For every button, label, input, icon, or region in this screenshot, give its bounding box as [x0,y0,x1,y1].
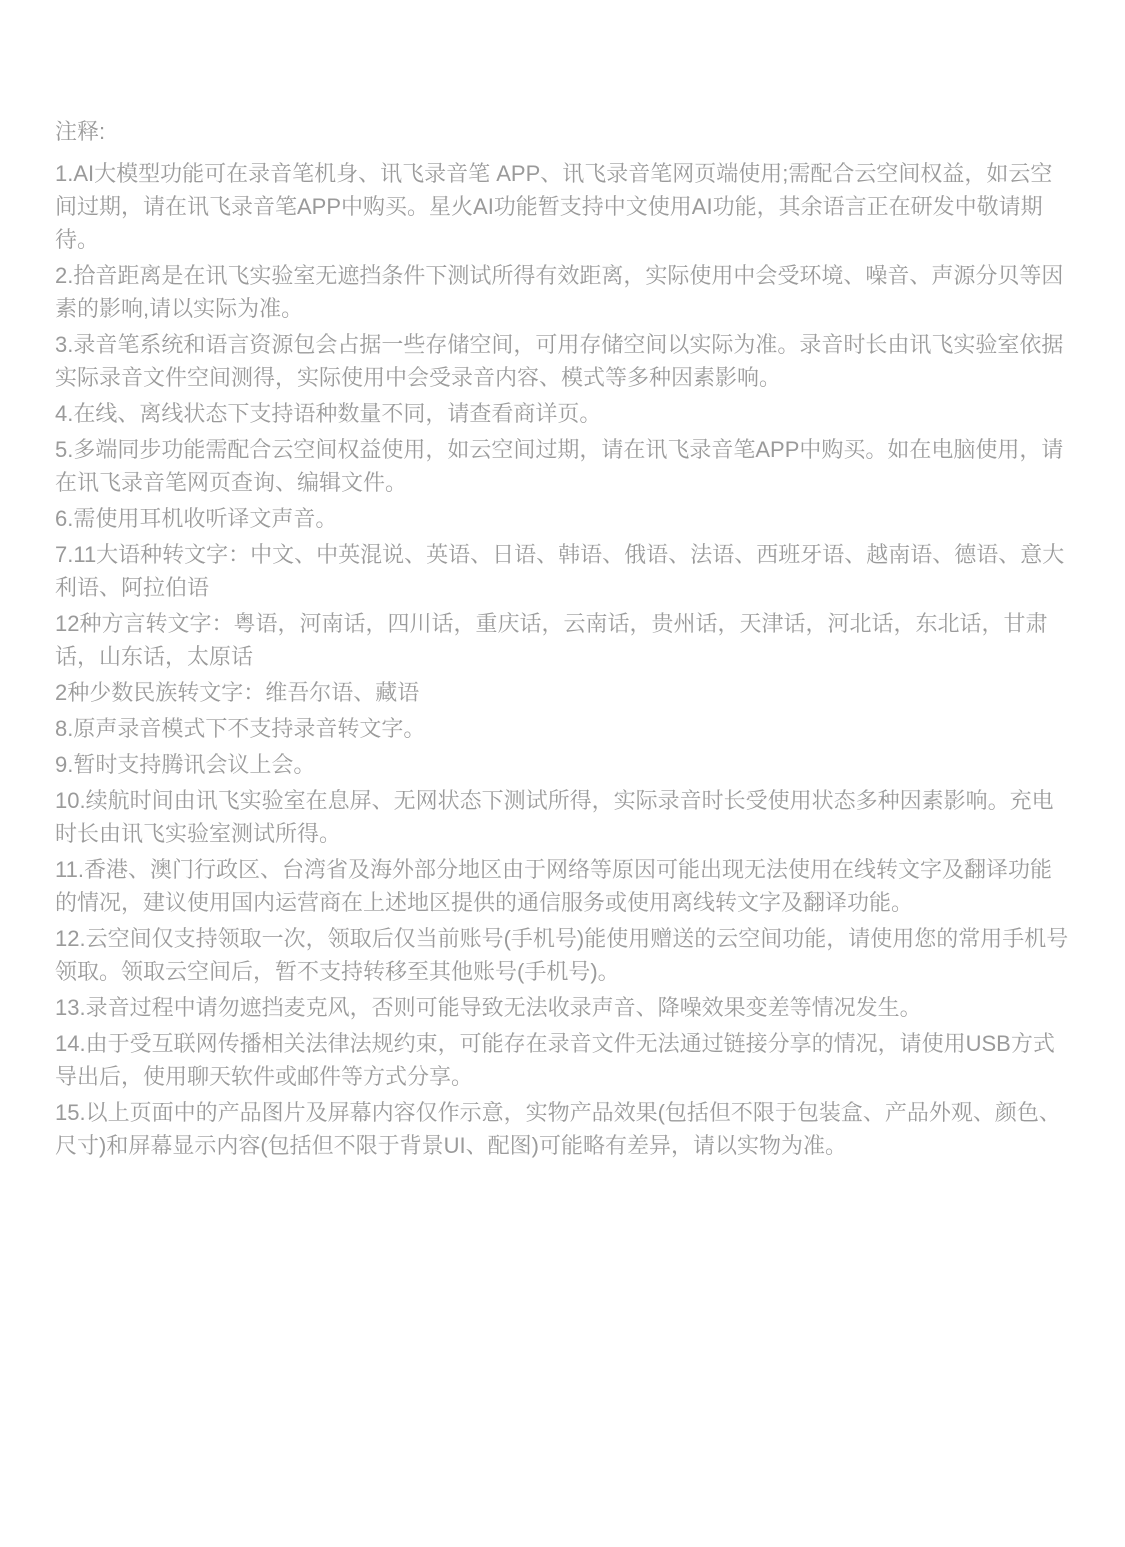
note-paragraph: 12.云空间仅支持领取一次，领取后仅当前账号(手机号)能使用赠送的云空间功能，请… [55,922,1070,988]
note-paragraph: 14.由于受互联网传播相关法律法规约束，可能存在录音文件无法通过链接分享的情况，… [55,1027,1070,1093]
note-paragraph: 11.香港、澳门行政区、台湾省及海外部分地区由于网络等原因可能出现无法使用在线转… [55,853,1070,919]
note-paragraph: 9.暂时支持腾讯会议上会。 [55,748,1070,781]
note-paragraph: 10.续航时间由讯飞实验室在息屏、无网状态下测试所得，实际录音时长受使用状态多种… [55,784,1070,850]
note-paragraph: 13.录音过程中请勿遮挡麦克风，否则可能导致无法收录声音、降噪效果变差等情况发生… [55,991,1070,1024]
note-paragraph: 3.录音笔系统和语言资源包会占据一些存储空间，可用存储空间以实际为准。录音时长由… [55,328,1070,394]
note-paragraph: 2.拾音距离是在讯飞实验室无遮挡条件下测试所得有效距离，实际使用中会受环境、噪音… [55,259,1070,325]
note-paragraph: 6.需使用耳机收听译文声音。 [55,502,1070,535]
notes-title: 注释: [55,115,1070,148]
note-paragraph: 8.原声录音模式下不支持录音转文字。 [55,712,1070,745]
product-notes-document: 注释: 1.AI大模型功能可在录音笔机身、讯飞录音笔 APP、讯飞录音笔网页端使… [0,0,1125,1162]
note-paragraph: 15.以上页面中的产品图片及屏幕内容仅作示意，实物产品效果(包括但不限于包装盒、… [55,1096,1070,1162]
note-paragraph: 2种少数民族转文字：维吾尔语、藏语 [55,676,1070,709]
note-paragraph: 1.AI大模型功能可在录音笔机身、讯飞录音笔 APP、讯飞录音笔网页端使用;需配… [55,157,1070,256]
note-paragraph: 5.多端同步功能需配合云空间权益使用，如云空间过期，请在讯飞录音笔APP中购买。… [55,433,1070,499]
note-paragraph: 12种方言转文字：粤语，河南话，四川话，重庆话，云南话，贵州话，天津话，河北话，… [55,607,1070,673]
note-paragraph: 7.11大语种转文字：中文、中英混说、英语、日语、韩语、俄语、法语、西班牙语、越… [55,538,1070,604]
note-paragraph: 4.在线、离线状态下支持语种数量不同，请查看商详页。 [55,397,1070,430]
